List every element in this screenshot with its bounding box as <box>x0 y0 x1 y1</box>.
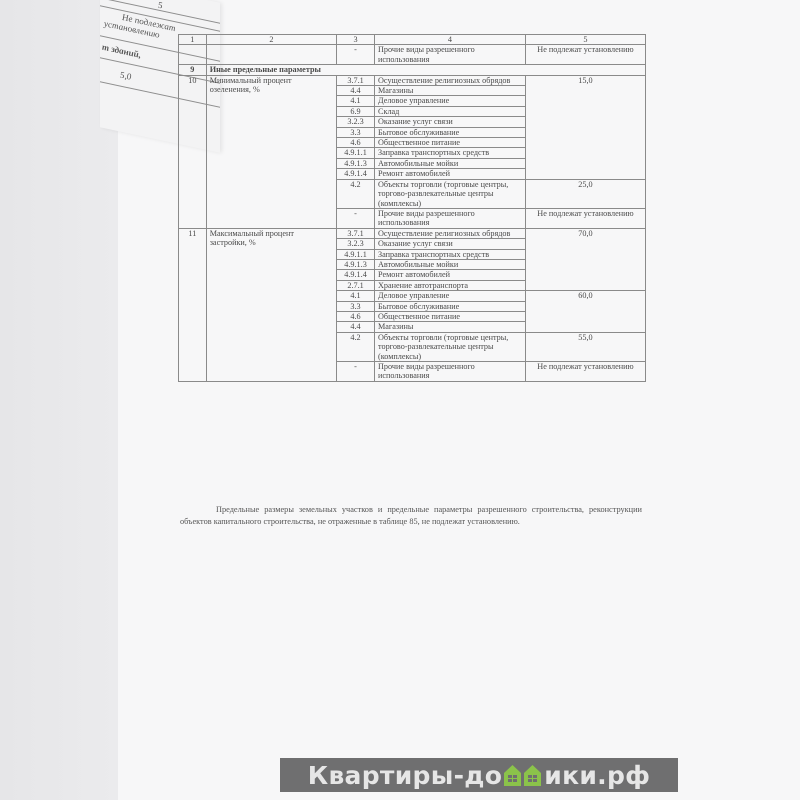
table-row: 10 Минимальный процент озеленения, % 3.7… <box>179 75 646 85</box>
section-row: 9 Иные предельные параметры <box>179 65 646 75</box>
site-watermark: Квартиры-до ики.рф <box>280 758 678 792</box>
header-row: 1 2 3 4 5 <box>179 35 646 45</box>
watermark-text-left: Квартиры-до <box>308 761 503 790</box>
back-value: 5,0 <box>120 69 131 81</box>
back-col-header: 5 <box>158 0 163 11</box>
table-row: - Прочие виды разрешенного использования… <box>179 45 646 65</box>
back-text-bold: т зданий, <box>102 42 141 60</box>
house-icon <box>503 764 543 786</box>
watermark-text-right: ики.рф <box>544 761 650 790</box>
parameters-table: 1 2 3 4 5 - Прочие виды разрешенного исп… <box>178 34 646 382</box>
table-row: 11 Максимальный процент застройки, % 3.7… <box>179 228 646 238</box>
footnote-paragraph: Предельные размеры земельных участков и … <box>180 504 642 528</box>
